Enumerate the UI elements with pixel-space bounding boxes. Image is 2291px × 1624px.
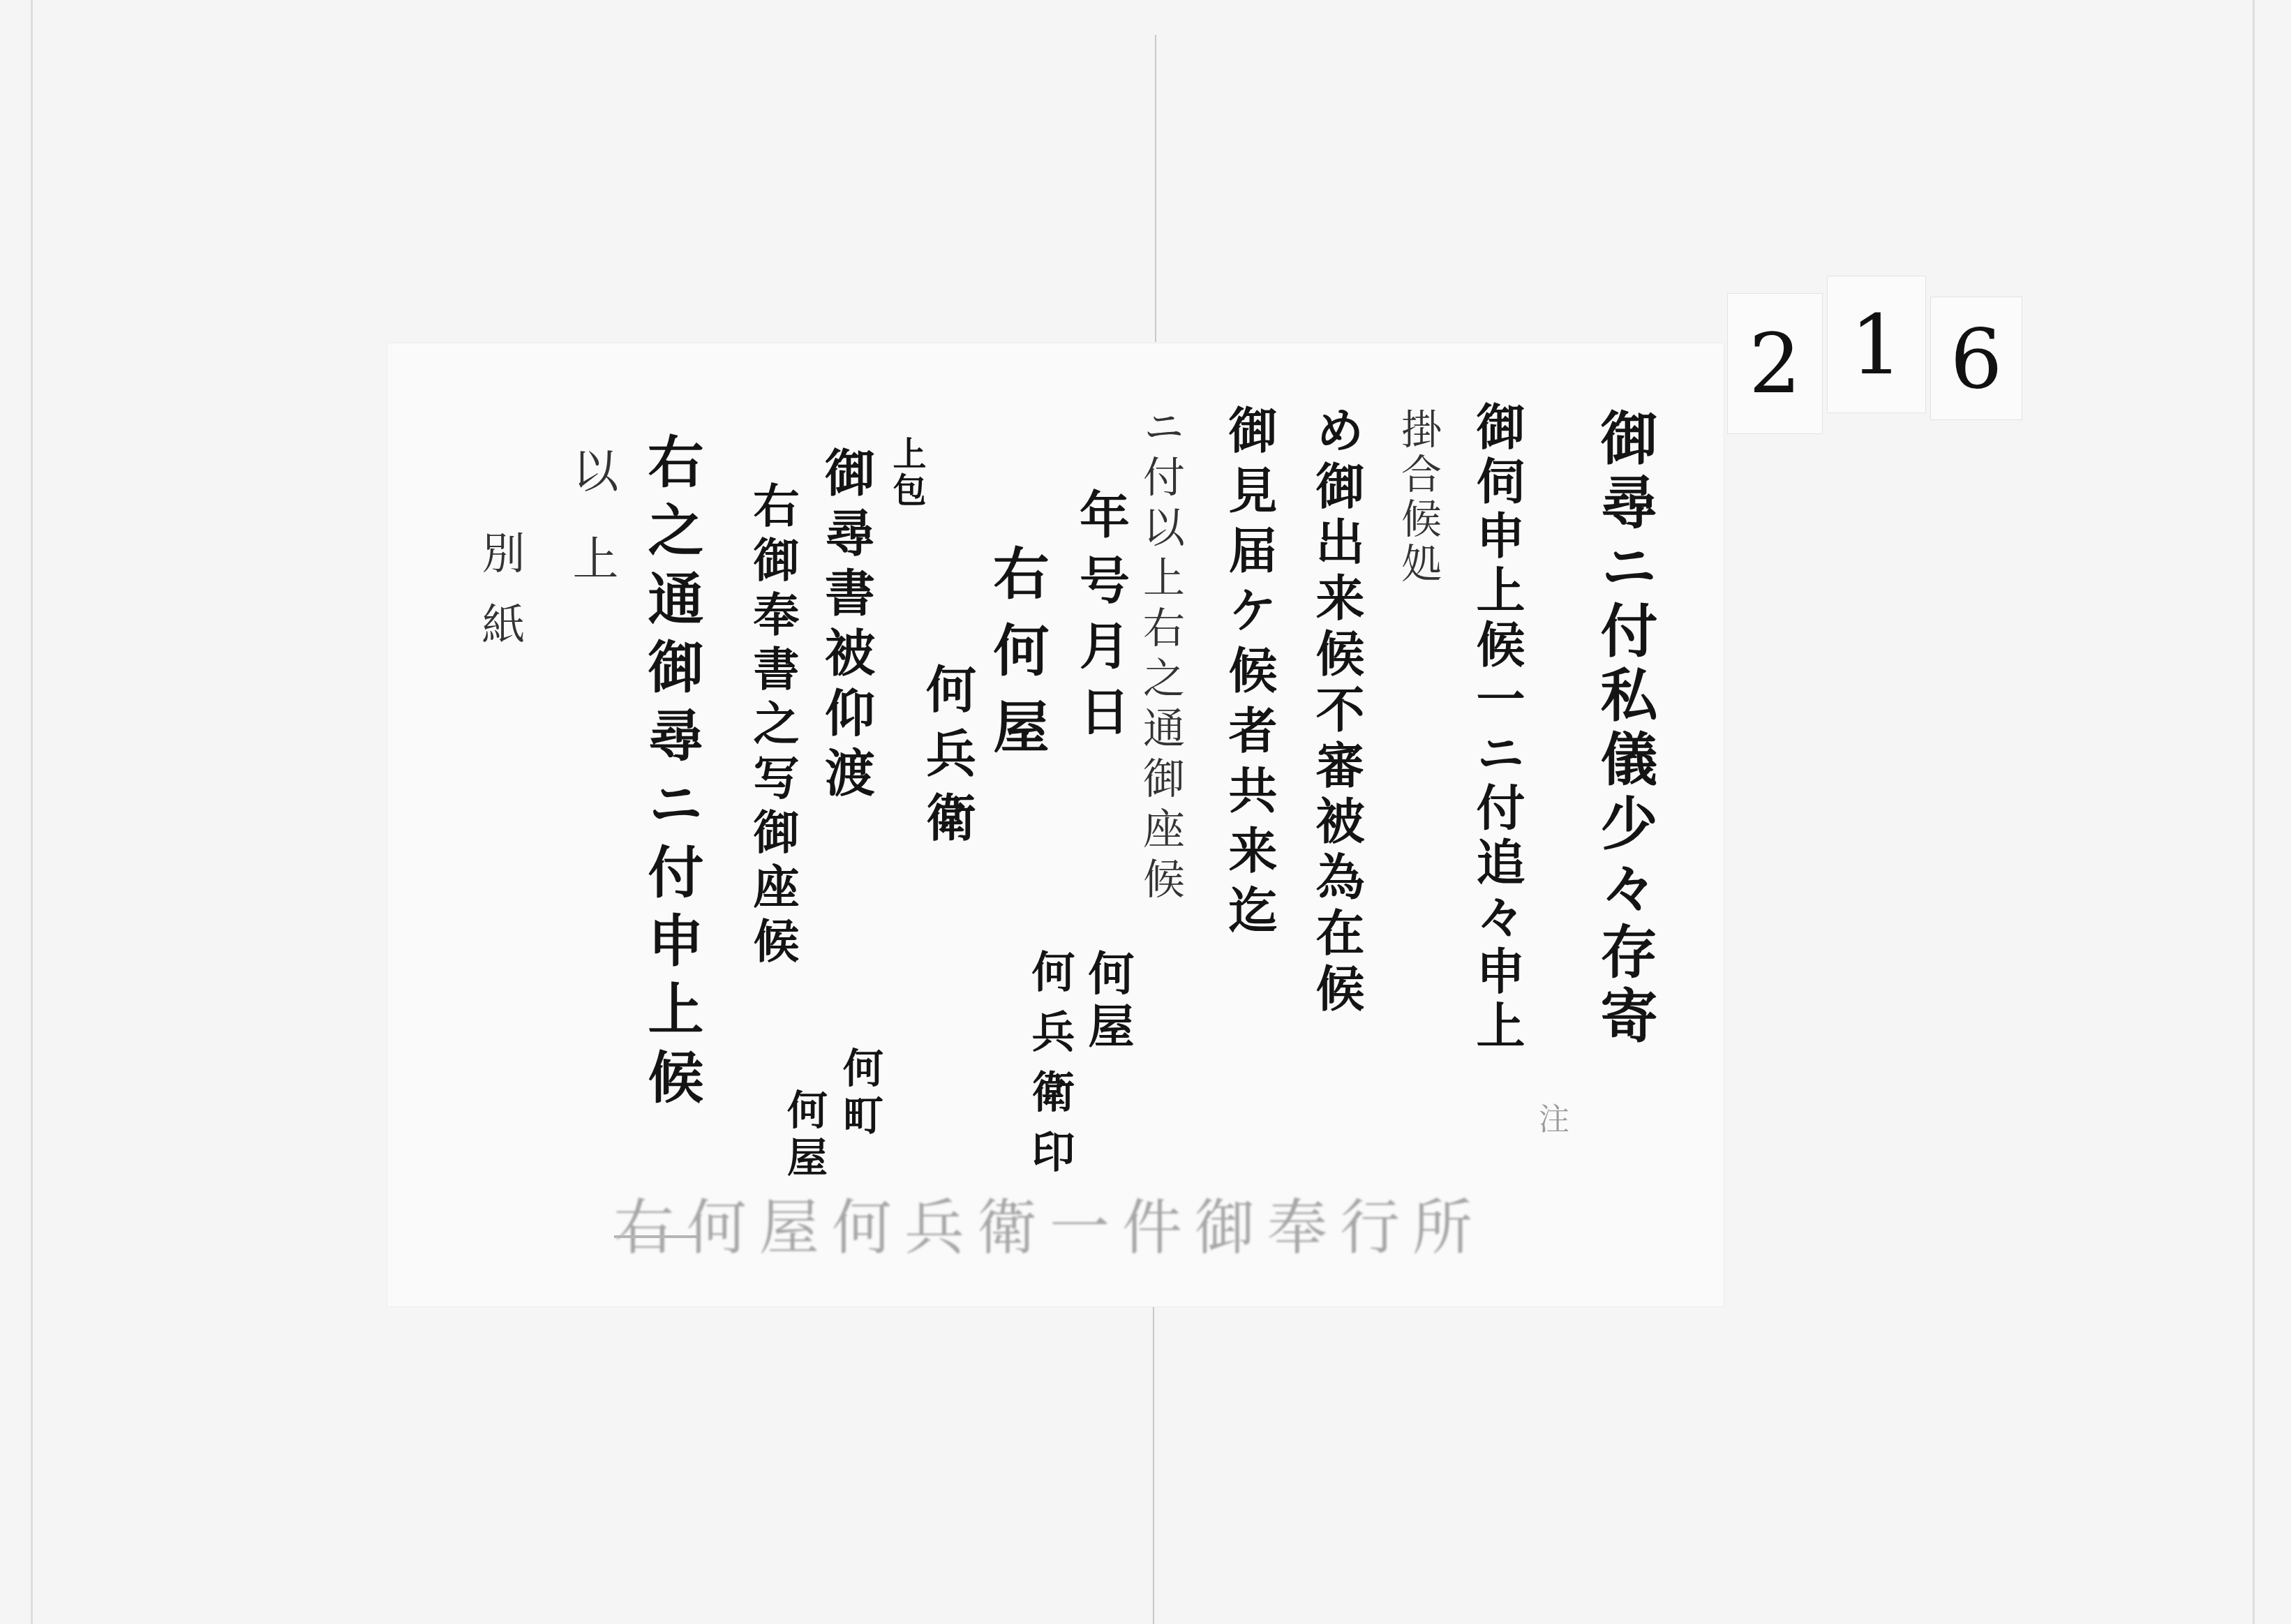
signature: 何兵衛印 (1019, 949, 1081, 1189)
text-column: 御尋書被仰渡 (809, 447, 882, 807)
left-frame-line (31, 0, 33, 1624)
scanned-page: 2 1 6 御尋ニ付私儀少々存寄 御伺申上候一ニ付追々申上 掛合候処 め御出来候… (0, 0, 2291, 1624)
closing-column: 以上 (558, 447, 625, 623)
center-fold-top (1155, 35, 1156, 342)
text-column: 御伺申上候一ニ付追々申上 (1462, 401, 1532, 1055)
faint-stroke (614, 1235, 698, 1238)
signature: 何屋 (1075, 949, 1141, 1055)
text-column: ニ付以上右之通御座候 (1130, 405, 1191, 907)
text-column: 右御奉書之写御座候 (740, 482, 806, 971)
catalog-digit: 2 (1727, 293, 1823, 434)
date-column: 年号月日 (1064, 489, 1137, 751)
signature: 何町 (830, 1047, 889, 1142)
wrapper-label: 上包 (883, 436, 931, 509)
catalog-digit: 6 (1930, 297, 2022, 420)
text-column: 掛合候処 (1389, 408, 1447, 587)
text-column: め御出来候不審被為在候 (1301, 405, 1372, 1019)
closing-column: 別紙 (469, 530, 531, 673)
signature: 何屋 (775, 1089, 833, 1184)
right-frame-line (2253, 0, 2255, 1624)
text-column: 御見届ケ候者共来迄 (1214, 405, 1285, 945)
center-fold-bottom (1153, 1299, 1154, 1624)
catalog-digit: 1 (1827, 276, 1926, 413)
text-column: 右之通御尋ニ付申上候 (632, 433, 712, 1117)
addressee-column: 何兵衛 (911, 663, 983, 856)
margin-note: 注 (1528, 1103, 1573, 1143)
catalog-number-label: 2 1 6 (1727, 276, 2022, 434)
addressee-column: 右何屋 (977, 544, 1057, 775)
text-column: 御尋ニ付私儀少々存寄 (1584, 408, 1666, 1050)
offset-ink-bleed: 右何屋何兵衛一件御奉行所 (614, 1179, 1438, 1277)
